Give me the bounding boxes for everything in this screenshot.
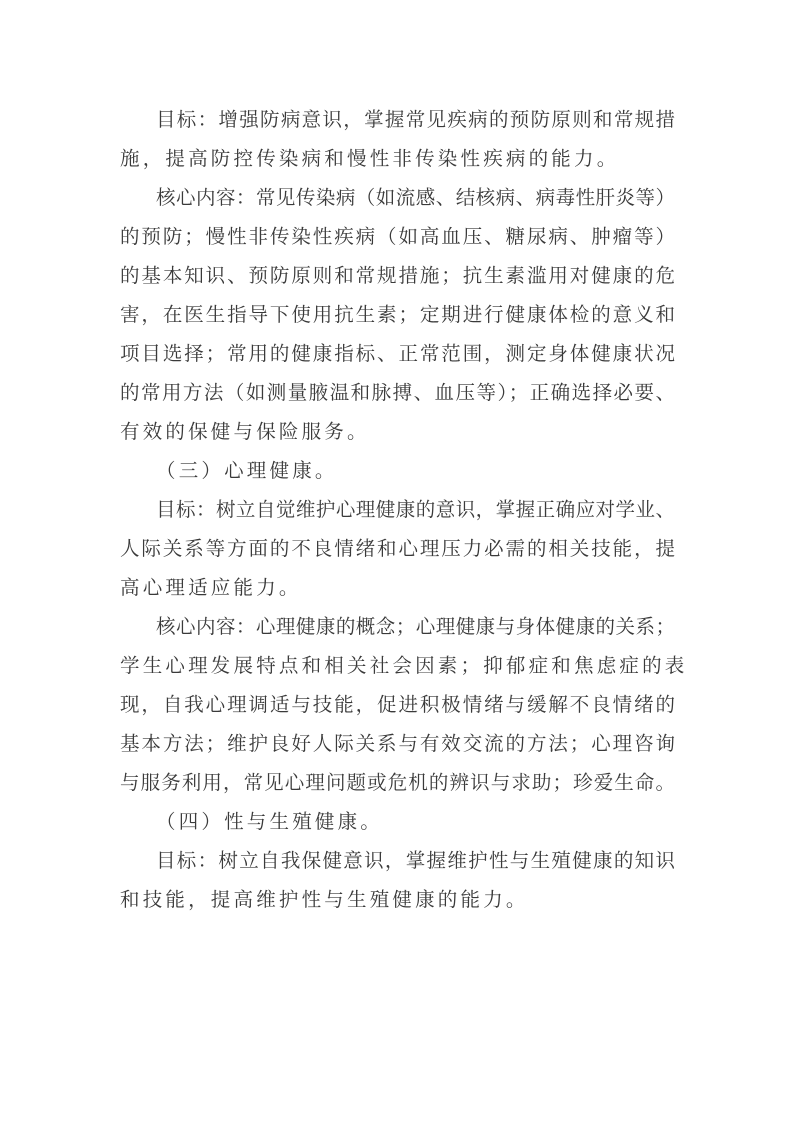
document-page: 目标：增强防病意识，掌握常见疾病的预防原则和常规措 施，提高防控传染病和慢性非传… xyxy=(120,100,675,919)
text-line: 的常用方法（如测量腋温和脉搏、血压等）；正确选择必要、 xyxy=(120,373,675,412)
text-line: 项目选择；常用的健康指标、正常范围，测定身体健康状况 xyxy=(120,334,675,373)
text-line: 目标：树立自我保健意识，掌握维护性与生殖健康的知识 xyxy=(120,841,675,880)
text-line: 的基本知识、预防原则和常规措施；抗生素滥用对健康的危 xyxy=(120,256,675,295)
text-line: 与服务利用，常见心理问题或危机的辨识与求助；珍爱生命。 xyxy=(120,763,675,802)
text-line: 核心内容：常见传染病（如流感、结核病、病毒性肝炎等） xyxy=(120,178,675,217)
text-line: 目标：增强防病意识，掌握常见疾病的预防原则和常规措 xyxy=(120,100,675,139)
text-line: 害，在医生指导下使用抗生素；定期进行健康体检的意义和 xyxy=(120,295,675,334)
section-heading: （三）心理健康。 xyxy=(120,451,675,490)
text-line: 现，自我心理调适与技能，促进积极情绪与缓解不良情绪的 xyxy=(120,685,675,724)
text-line: 目标：树立自觉维护心理健康的意识，掌握正确应对学业、 xyxy=(120,490,675,529)
text-line: 核心内容：心理健康的概念；心理健康与身体健康的关系； xyxy=(120,607,675,646)
text-line: 的预防；慢性非传染性疾病（如高血压、糖尿病、肿瘤等） xyxy=(120,217,675,256)
text-line: 人际关系等方面的不良情绪和心理压力必需的相关技能，提 xyxy=(120,529,675,568)
section-heading: （四）性与生殖健康。 xyxy=(120,802,675,841)
text-line: 基本方法；维护良好人际关系与有效交流的方法；心理咨询 xyxy=(120,724,675,763)
text-line: 施，提高防控传染病和慢性非传染性疾病的能力。 xyxy=(120,139,675,178)
text-line: 和技能，提高维护性与生殖健康的能力。 xyxy=(120,880,675,919)
text-line: 学生心理发展特点和相关社会因素；抑郁症和焦虑症的表 xyxy=(120,646,675,685)
text-line: 有效的保健与保险服务。 xyxy=(120,412,675,451)
text-line: 高心理适应能力。 xyxy=(120,568,675,607)
